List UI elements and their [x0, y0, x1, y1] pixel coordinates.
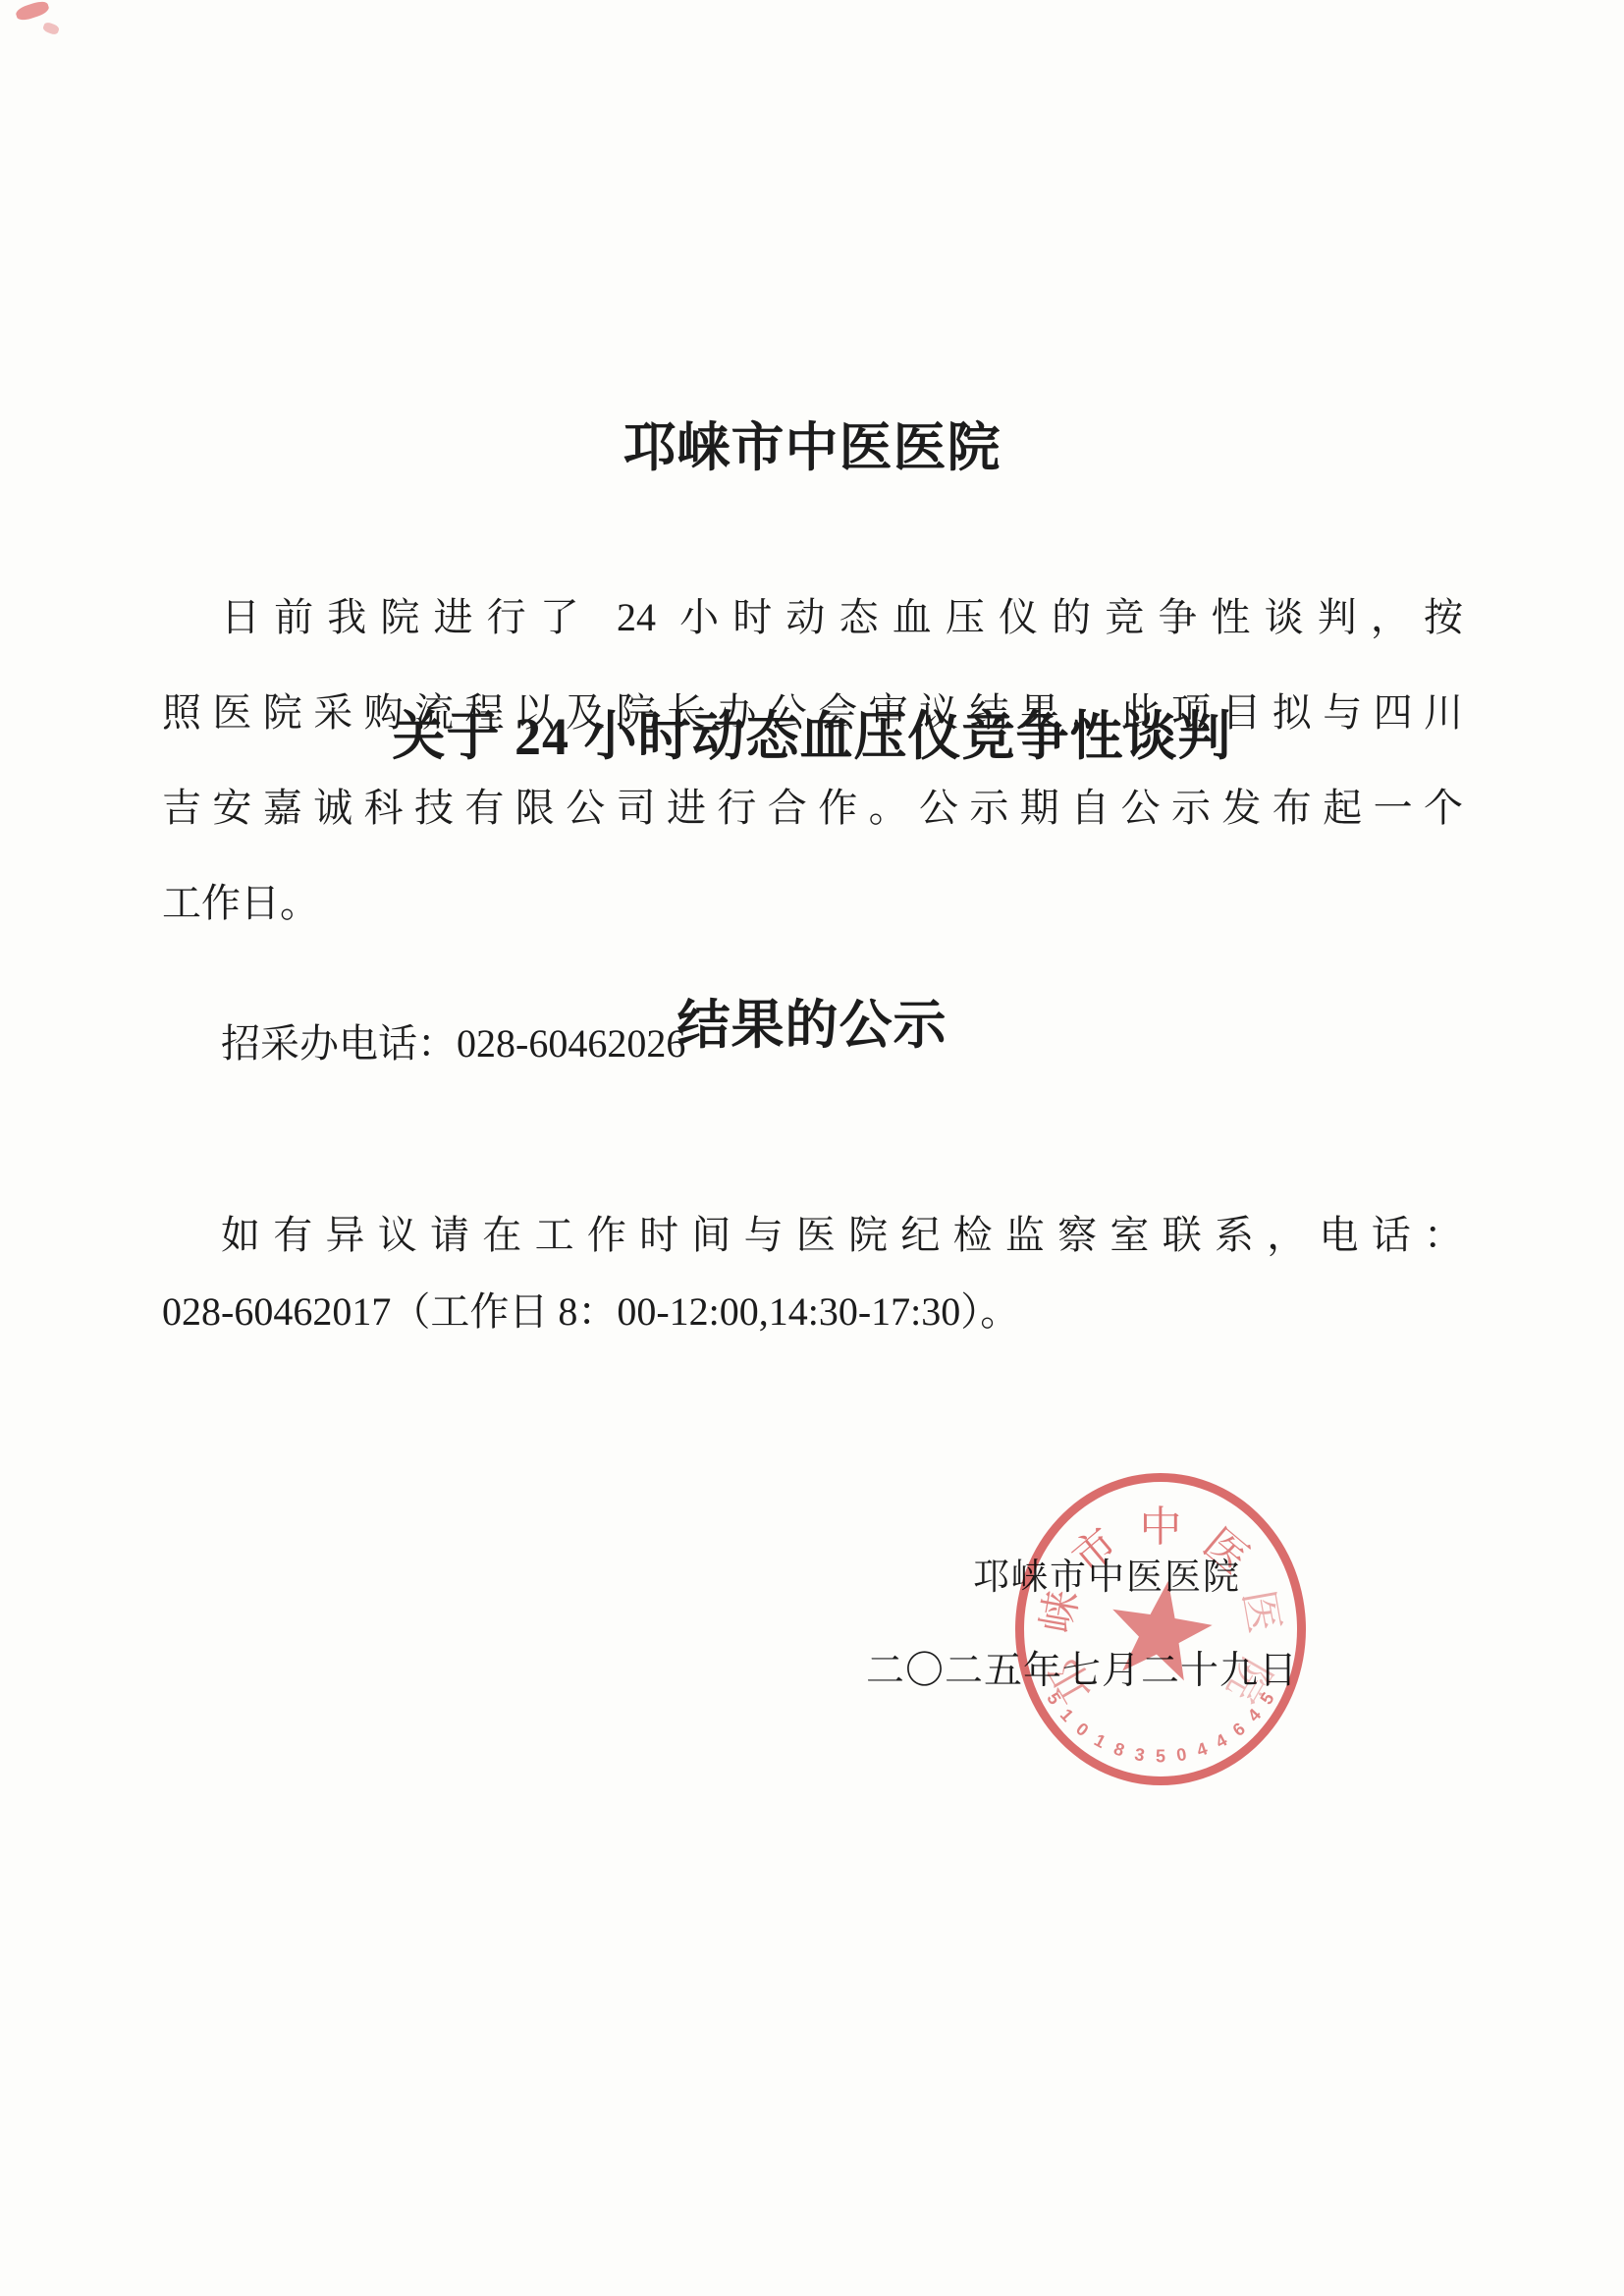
- seal-serial-digit: 8: [1111, 1738, 1127, 1761]
- document-page: 邛崃市中医医院 关于 24 小时动态血压仪竞争性谈判 结果的公示 日前我院进行了…: [0, 0, 1624, 2296]
- seal-serial-digit: 1: [1091, 1730, 1110, 1753]
- signature-date: 二〇二五年七月二十九日: [0, 1632, 1298, 1711]
- paragraph-1-line: 照医院采购流程以及院长办公会审议结果，此项目拟与四川: [162, 665, 1463, 760]
- paragraph-1-line: 吉安嘉诚科技有限公司进行合作。公示期自公示发布起一个: [162, 760, 1463, 855]
- seal-serial-digit: 5: [1156, 1747, 1165, 1768]
- seal-serial-digit: 6: [1229, 1719, 1250, 1741]
- seal-serial-digit: 0: [1072, 1719, 1093, 1741]
- paragraph-1-line: 日前我院进行了 24 小时动态血压仪的竞争性谈判，按: [162, 570, 1463, 665]
- seal-serial-digit: 4: [1194, 1738, 1210, 1761]
- paragraph-1-line: 工作日。: [162, 855, 1463, 951]
- paragraph-2-line: 如有异议请在工作时间与医院纪检监察室联系，电话：: [162, 1197, 1463, 1274]
- paragraph-2: 如有异议请在工作时间与医院纪检监察室联系，电话： 028-60462017（工作…: [162, 1197, 1463, 1350]
- title-line-1: 邛崃市中医医院: [0, 400, 1624, 496]
- paragraph-1: 日前我院进行了 24 小时动态血压仪的竞争性谈判，按 照医院采购流程以及院长办公…: [162, 570, 1463, 951]
- procurement-phone-line: 招采办电话：028-60462026: [162, 996, 1463, 1091]
- paragraph-2-line: 028-60462017（工作日 8：00-12:00,14:30-17:30）…: [162, 1274, 1463, 1350]
- scan-speck: [15, 0, 51, 23]
- seal-serial-digit: 4: [1213, 1730, 1231, 1753]
- scan-speck: [42, 22, 60, 36]
- official-seal: 邛崃市中医医院 5101835044645: [1015, 1473, 1306, 1785]
- seal-serial-digit: 3: [1133, 1744, 1146, 1766]
- seal-serial-digit: 0: [1175, 1744, 1188, 1766]
- signature-org: 邛崃市中医医院: [0, 1539, 1241, 1617]
